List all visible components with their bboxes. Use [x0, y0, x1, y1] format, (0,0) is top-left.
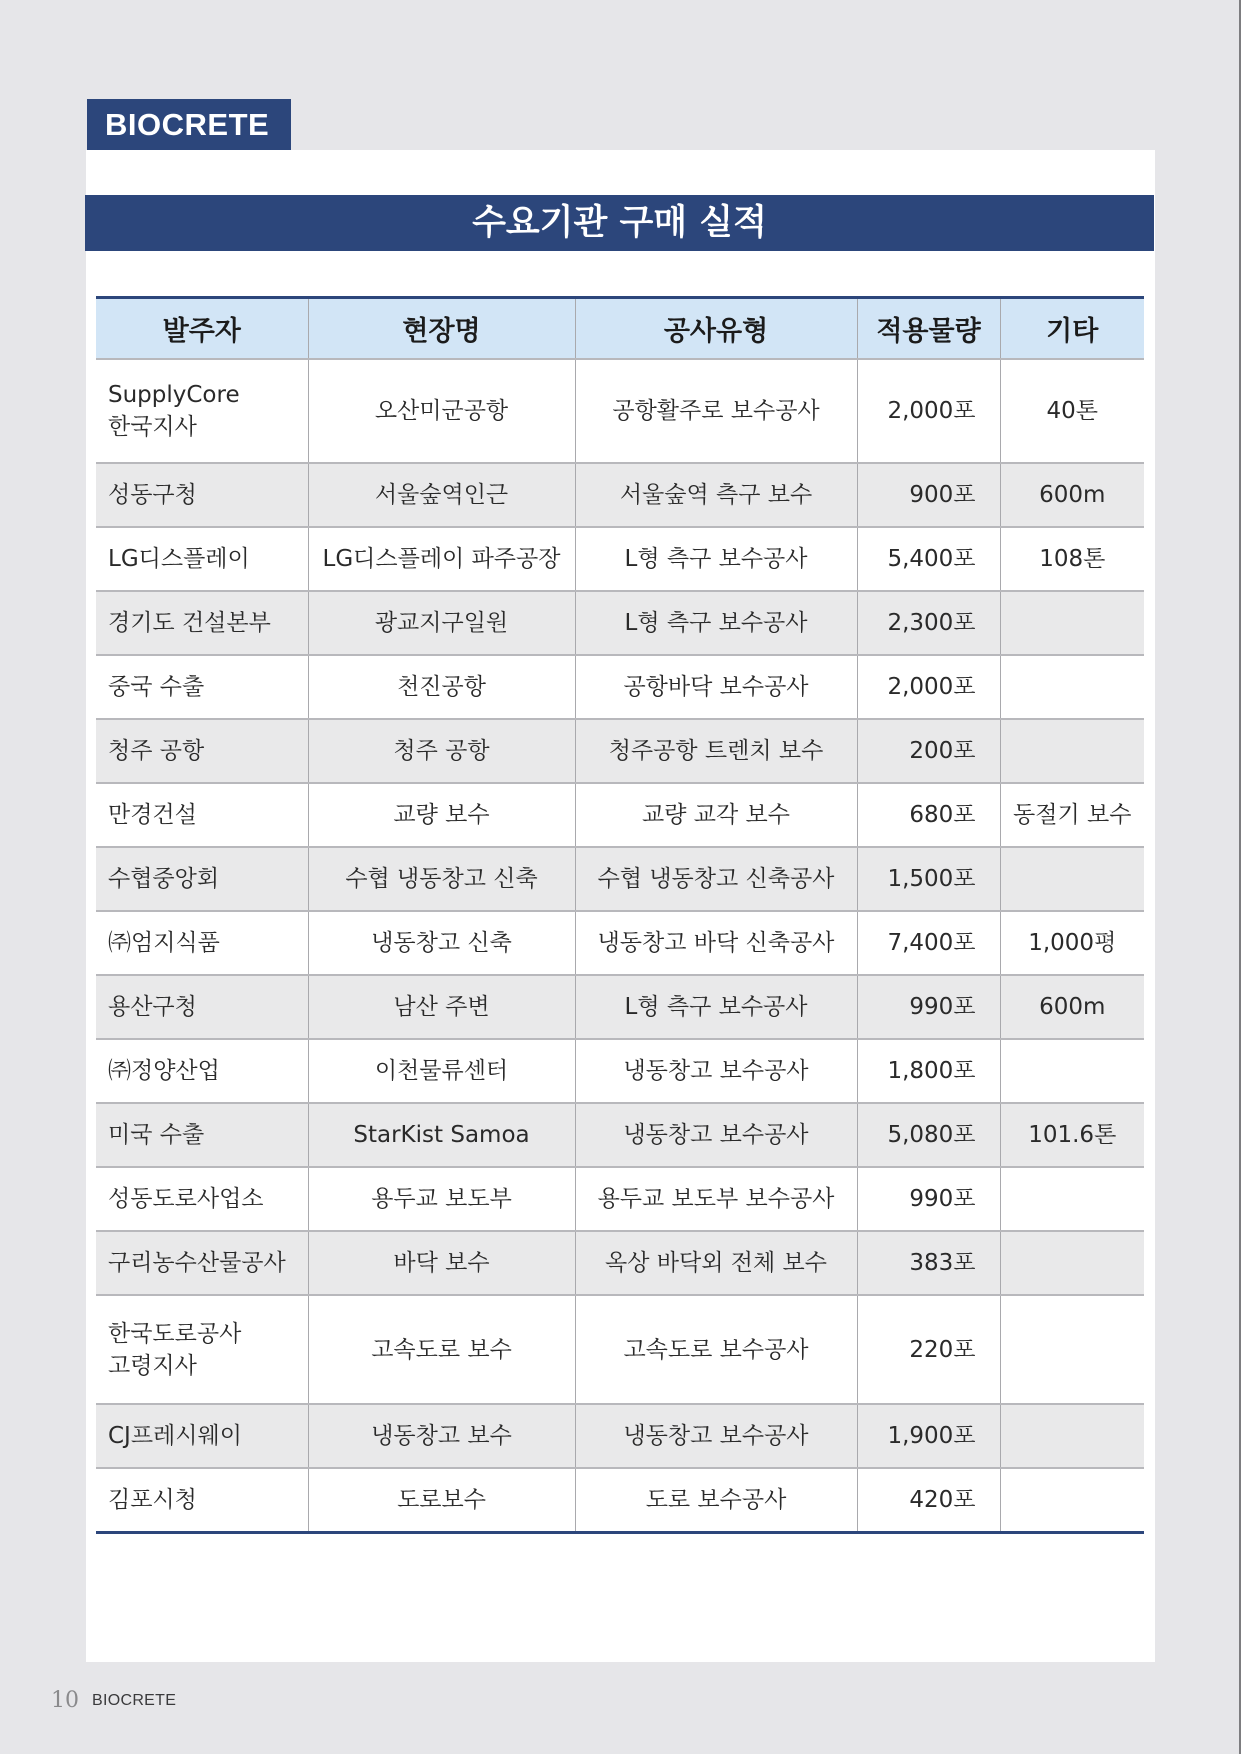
- cell-client: 중국 수출: [96, 655, 308, 719]
- cell-note: [1000, 1039, 1144, 1103]
- cell-client: 수협중앙회: [96, 847, 308, 911]
- cell-client: 김포시청: [96, 1468, 308, 1532]
- table-row: 만경건설교량 보수교량 교각 보수680포동절기 보수: [96, 783, 1144, 847]
- cell-work-type: 용두교 보도부 보수공사: [575, 1167, 857, 1231]
- cell-note: [1000, 1231, 1144, 1295]
- table-row: CJ프레시웨이냉동창고 보수냉동창고 보수공사1,900포: [96, 1404, 1144, 1468]
- cell-quantity: 990포: [857, 975, 1000, 1039]
- cell-site: 광교지구일원: [308, 591, 575, 655]
- cell-work-type: 옥상 바닥외 전체 보수: [575, 1231, 857, 1295]
- table-row: LG디스플레이LG디스플레이 파주공장L형 측구 보수공사5,400포108톤: [96, 527, 1144, 591]
- table-row: 성동구청서울숲역인근서울숲역 측구 보수900포600m: [96, 463, 1144, 527]
- column-header-work-type: 공사유형: [575, 298, 857, 360]
- column-header-site: 현장명: [308, 298, 575, 360]
- cell-client: SupplyCore 한국지사: [96, 359, 308, 463]
- cell-note: [1000, 1167, 1144, 1231]
- table-row: 미국 수출StarKist Samoa냉동창고 보수공사5,080포101.6톤: [96, 1103, 1144, 1167]
- cell-site: 서울숲역인근: [308, 463, 575, 527]
- cell-client: 미국 수출: [96, 1103, 308, 1167]
- page-title: 수요기관 구매 실적: [85, 195, 1154, 251]
- brand-tab: BIOCRETE: [87, 99, 291, 150]
- column-header-quantity: 적용물량: [857, 298, 1000, 360]
- table-row: 김포시청도로보수도로 보수공사420포: [96, 1468, 1144, 1532]
- cell-client: 경기도 건설본부: [96, 591, 308, 655]
- cell-client: LG디스플레이: [96, 527, 308, 591]
- cell-work-type: 냉동창고 보수공사: [575, 1103, 857, 1167]
- cell-client: 용산구청: [96, 975, 308, 1039]
- cell-site: 교량 보수: [308, 783, 575, 847]
- cell-note: [1000, 719, 1144, 783]
- cell-note: [1000, 847, 1144, 911]
- cell-note: [1000, 1295, 1144, 1404]
- cell-quantity: 1,900포: [857, 1404, 1000, 1468]
- table-row: 성동도로사업소용두교 보도부용두교 보도부 보수공사990포: [96, 1167, 1144, 1231]
- table-row: SupplyCore 한국지사오산미군공항공항활주로 보수공사2,000포40톤: [96, 359, 1144, 463]
- page-number: 10: [51, 1688, 79, 1713]
- table-row: 수협중앙회수협 냉동창고 신축수협 냉동창고 신축공사1,500포: [96, 847, 1144, 911]
- table-row: 중국 수출천진공항공항바닥 보수공사2,000포: [96, 655, 1144, 719]
- footer-brand: BIOCRETE: [92, 1692, 176, 1710]
- cell-quantity: 2,300포: [857, 591, 1000, 655]
- cell-site: 청주 공항: [308, 719, 575, 783]
- cell-client: CJ프레시웨이: [96, 1404, 308, 1468]
- cell-site: 냉동창고 보수: [308, 1404, 575, 1468]
- cell-site: 용두교 보도부: [308, 1167, 575, 1231]
- cell-client: ㈜정양산업: [96, 1039, 308, 1103]
- cell-quantity: 200포: [857, 719, 1000, 783]
- cell-work-type: 수협 냉동창고 신축공사: [575, 847, 857, 911]
- cell-client: 성동도로사업소: [96, 1167, 308, 1231]
- cell-quantity: 7,400포: [857, 911, 1000, 975]
- cell-work-type: 공항활주로 보수공사: [575, 359, 857, 463]
- cell-site: 도로보수: [308, 1468, 575, 1532]
- cell-note: 101.6톤: [1000, 1103, 1144, 1167]
- table-row: 한국도로공사 고령지사고속도로 보수고속도로 보수공사220포: [96, 1295, 1144, 1404]
- cell-work-type: 서울숲역 측구 보수: [575, 463, 857, 527]
- cell-work-type: 교량 교각 보수: [575, 783, 857, 847]
- cell-note: [1000, 1468, 1144, 1532]
- cell-work-type: 냉동창고 보수공사: [575, 1404, 857, 1468]
- cell-work-type: 고속도로 보수공사: [575, 1295, 857, 1404]
- cell-site: LG디스플레이 파주공장: [308, 527, 575, 591]
- cell-work-type: 공항바닥 보수공사: [575, 655, 857, 719]
- cell-work-type: 청주공항 트렌치 보수: [575, 719, 857, 783]
- cell-quantity: 5,400포: [857, 527, 1000, 591]
- cell-client: 구리농수산물공사: [96, 1231, 308, 1295]
- cell-note: 동절기 보수: [1000, 783, 1144, 847]
- table-header-row: 발주자 현장명 공사유형 적용물량 기타: [96, 298, 1144, 360]
- cell-quantity: 680포: [857, 783, 1000, 847]
- cell-quantity: 220포: [857, 1295, 1000, 1404]
- cell-work-type: 냉동창고 보수공사: [575, 1039, 857, 1103]
- cell-client: ㈜엄지식품: [96, 911, 308, 975]
- cell-quantity: 420포: [857, 1468, 1000, 1532]
- cell-note: 1,000평: [1000, 911, 1144, 975]
- cell-quantity: 1,500포: [857, 847, 1000, 911]
- table-row: 구리농수산물공사바닥 보수옥상 바닥외 전체 보수383포: [96, 1231, 1144, 1295]
- purchase-records-table: 발주자 현장명 공사유형 적용물량 기타 SupplyCore 한국지사오산미군…: [96, 296, 1144, 1534]
- cell-site: 남산 주변: [308, 975, 575, 1039]
- cell-note: [1000, 1404, 1144, 1468]
- table-row: 경기도 건설본부광교지구일원L형 측구 보수공사2,300포: [96, 591, 1144, 655]
- cell-work-type: L형 측구 보수공사: [575, 975, 857, 1039]
- cell-site: 고속도로 보수: [308, 1295, 575, 1404]
- cell-quantity: 2,000포: [857, 655, 1000, 719]
- cell-client: 만경건설: [96, 783, 308, 847]
- table-row: ㈜엄지식품냉동창고 신축냉동창고 바닥 신축공사7,400포1,000평: [96, 911, 1144, 975]
- cell-site: 천진공항: [308, 655, 575, 719]
- cell-site: 냉동창고 신축: [308, 911, 575, 975]
- column-header-note: 기타: [1000, 298, 1144, 360]
- cell-quantity: 900포: [857, 463, 1000, 527]
- cell-quantity: 990포: [857, 1167, 1000, 1231]
- cell-site: 바닥 보수: [308, 1231, 575, 1295]
- cell-work-type: 도로 보수공사: [575, 1468, 857, 1532]
- table-row: 청주 공항청주 공항청주공항 트렌치 보수200포: [96, 719, 1144, 783]
- cell-quantity: 1,800포: [857, 1039, 1000, 1103]
- cell-note: 600m: [1000, 975, 1144, 1039]
- cell-quantity: 383포: [857, 1231, 1000, 1295]
- cell-site: 오산미군공항: [308, 359, 575, 463]
- cell-note: [1000, 591, 1144, 655]
- cell-quantity: 5,080포: [857, 1103, 1000, 1167]
- table-row: ㈜정양산업이천물류센터냉동창고 보수공사1,800포: [96, 1039, 1144, 1103]
- cell-site: StarKist Samoa: [308, 1103, 575, 1167]
- cell-work-type: L형 측구 보수공사: [575, 527, 857, 591]
- cell-work-type: 냉동창고 바닥 신축공사: [575, 911, 857, 975]
- cell-client: 성동구청: [96, 463, 308, 527]
- table-row: 용산구청남산 주변L형 측구 보수공사990포600m: [96, 975, 1144, 1039]
- cell-quantity: 2,000포: [857, 359, 1000, 463]
- cell-note: 108톤: [1000, 527, 1144, 591]
- cell-work-type: L형 측구 보수공사: [575, 591, 857, 655]
- cell-site: 수협 냉동창고 신축: [308, 847, 575, 911]
- cell-client: 청주 공항: [96, 719, 308, 783]
- cell-note: 600m: [1000, 463, 1144, 527]
- cell-site: 이천물류센터: [308, 1039, 575, 1103]
- cell-note: 40톤: [1000, 359, 1144, 463]
- cell-client: 한국도로공사 고령지사: [96, 1295, 308, 1404]
- column-header-client: 발주자: [96, 298, 308, 360]
- cell-note: [1000, 655, 1144, 719]
